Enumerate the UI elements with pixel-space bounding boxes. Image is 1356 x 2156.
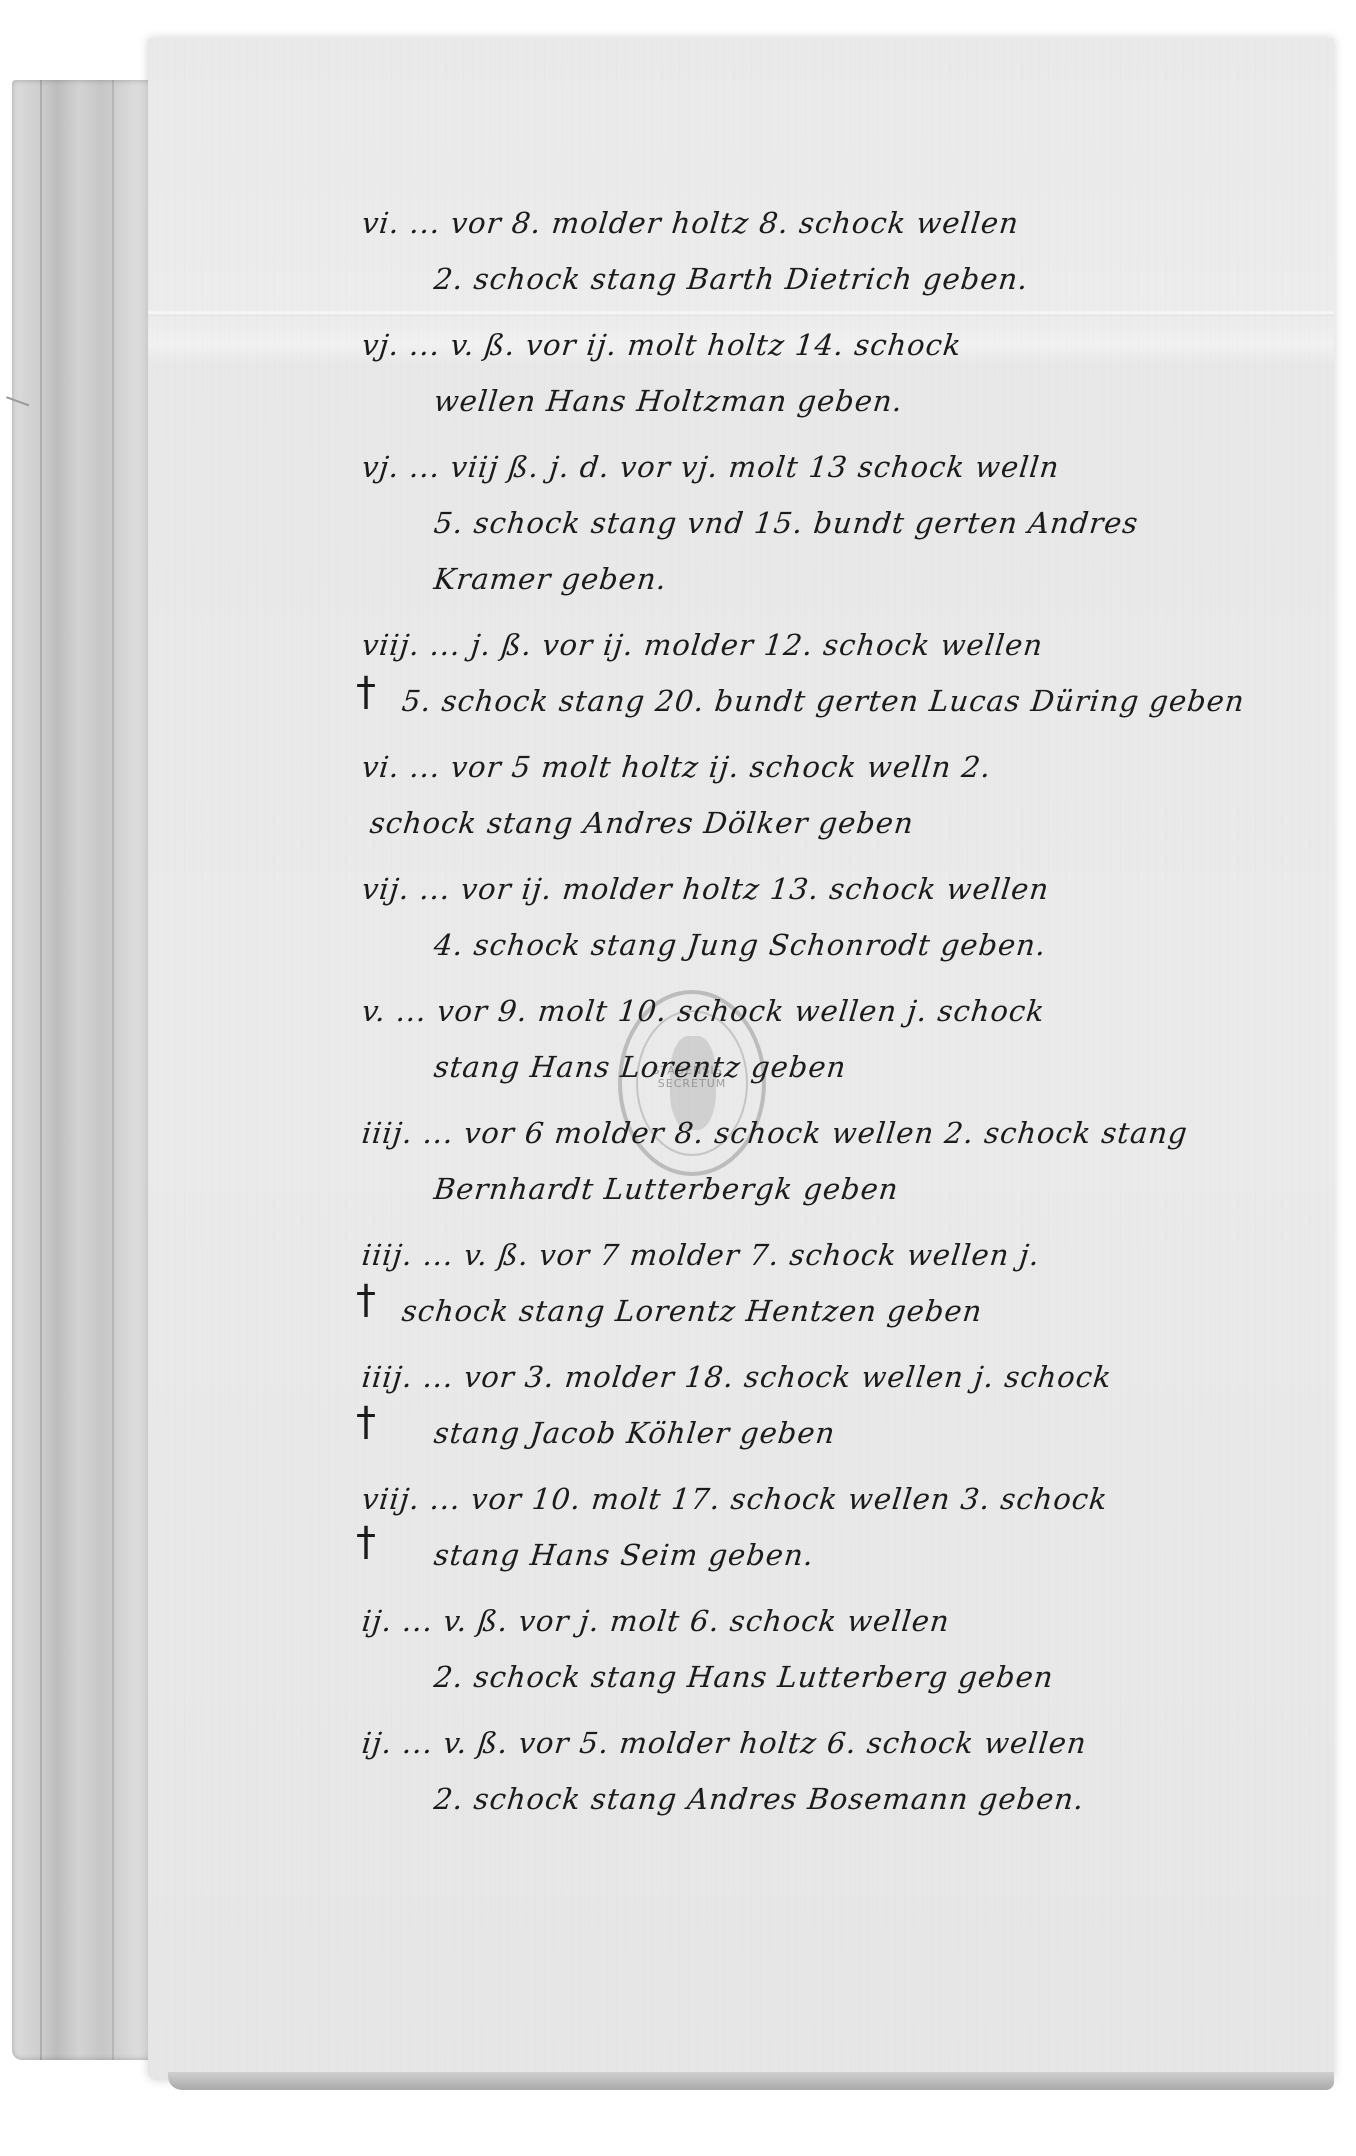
- entry-line: vij. ... vor ij. molder holtz 13. schock…: [359, 861, 1325, 917]
- leaf-bottom-edge: [168, 2072, 1334, 2090]
- ledger-entry: vi. ... vor 5 molt holtz ij. schock well…: [362, 739, 1322, 851]
- entry-line: stang Hans Lorentz geben: [359, 1039, 1325, 1095]
- entry-line: 4. schock stang Jung Schonrodt geben.: [359, 917, 1325, 973]
- entry-line: vi. ... vor 8. molder holtz 8. schock we…: [359, 195, 1325, 251]
- entry-line: vj. ... viij ß. j. d. vor vj. molt 13 sc…: [359, 439, 1325, 495]
- ledger-entry: vij. ... vor ij. molder holtz 13. schock…: [362, 861, 1322, 973]
- entry-line: viij. ... vor 10. molt 17. schock wellen…: [359, 1471, 1325, 1527]
- entry-line: ij. ... v. ß. vor j. molt 6. schock well…: [359, 1593, 1325, 1649]
- ledger-entry: vj. ... viij ß. j. d. vor vj. molt 13 sc…: [362, 439, 1322, 607]
- entry-line: stang Hans Seim geben.: [359, 1527, 1325, 1583]
- entry-line: vj. ... v. ß. vor ij. molt holtz 14. sch…: [359, 317, 1325, 373]
- ledger-entry: vi. ... vor 8. molder holtz 8. schock we…: [362, 195, 1322, 307]
- ledger-entry: † iiij. ... vor 3. molder 18. schock wel…: [362, 1349, 1322, 1461]
- entry-line: 2. schock stang Andres Bosemann geben.: [359, 1771, 1325, 1827]
- entry-line: 2. schock stang Hans Lutterberg geben: [359, 1649, 1325, 1705]
- ledger-entry: vj. ... v. ß. vor ij. molt holtz 14. sch…: [362, 317, 1322, 429]
- entry-line: stang Jacob Köhler geben: [359, 1405, 1325, 1461]
- ledger-entry: ij. ... v. ß. vor j. molt 6. schock well…: [362, 1593, 1322, 1705]
- entry-line: 5. schock stang 20. bundt gerten Lucas D…: [359, 673, 1325, 729]
- ledger-entry: iiij. ... vor 6 molder 8. schock wellen …: [362, 1105, 1322, 1217]
- entry-line: viij. ... j. ß. vor ij. molder 12. schoc…: [359, 617, 1325, 673]
- binding-page-edges: [12, 80, 162, 2060]
- entry-line: vi. ... vor 5 molt holtz ij. schock well…: [359, 739, 1325, 795]
- ledger-entries: vi. ... vor 8. molder holtz 8. schock we…: [362, 195, 1322, 1837]
- entry-line: v. ... vor 9. molt 10. schock wellen j. …: [359, 983, 1325, 1039]
- entry-line: wellen Hans Holtzman geben.: [359, 373, 1325, 429]
- entry-line: Kramer geben.: [359, 551, 1325, 607]
- entry-line: ij. ... v. ß. vor 5. molder holtz 6. sch…: [359, 1715, 1325, 1771]
- entry-line: schock stang Andres Dölker geben: [359, 795, 1325, 851]
- ledger-entry: † viij. ... j. ß. vor ij. molder 12. sch…: [362, 617, 1322, 729]
- entry-line: 2. schock stang Barth Dietrich geben.: [359, 251, 1325, 307]
- entry-line: Bernhardt Lutterbergk geben: [359, 1161, 1325, 1217]
- entry-line: iiij. ... vor 6 molder 8. schock wellen …: [359, 1105, 1325, 1161]
- entry-line: schock stang Lorentz Hentzen geben: [359, 1283, 1325, 1339]
- manuscript-scan: STADENSIS · SECRETUM vi. ... vor 8. mold…: [0, 0, 1356, 2156]
- entry-line: iiij. ... vor 3. molder 18. schock welle…: [359, 1349, 1325, 1405]
- entry-line: iiij. ... v. ß. vor 7 molder 7. schock w…: [359, 1227, 1325, 1283]
- ledger-entry: † iiij. ... v. ß. vor 7 molder 7. schock…: [362, 1227, 1322, 1339]
- ledger-entry: v. ... vor 9. molt 10. schock wellen j. …: [362, 983, 1322, 1095]
- ledger-entry: ij. ... v. ß. vor 5. molder holtz 6. sch…: [362, 1715, 1322, 1827]
- entry-line: 5. schock stang vnd 15. bundt gerten And…: [359, 495, 1325, 551]
- ledger-entry: † viij. ... vor 10. molt 17. schock well…: [362, 1471, 1322, 1583]
